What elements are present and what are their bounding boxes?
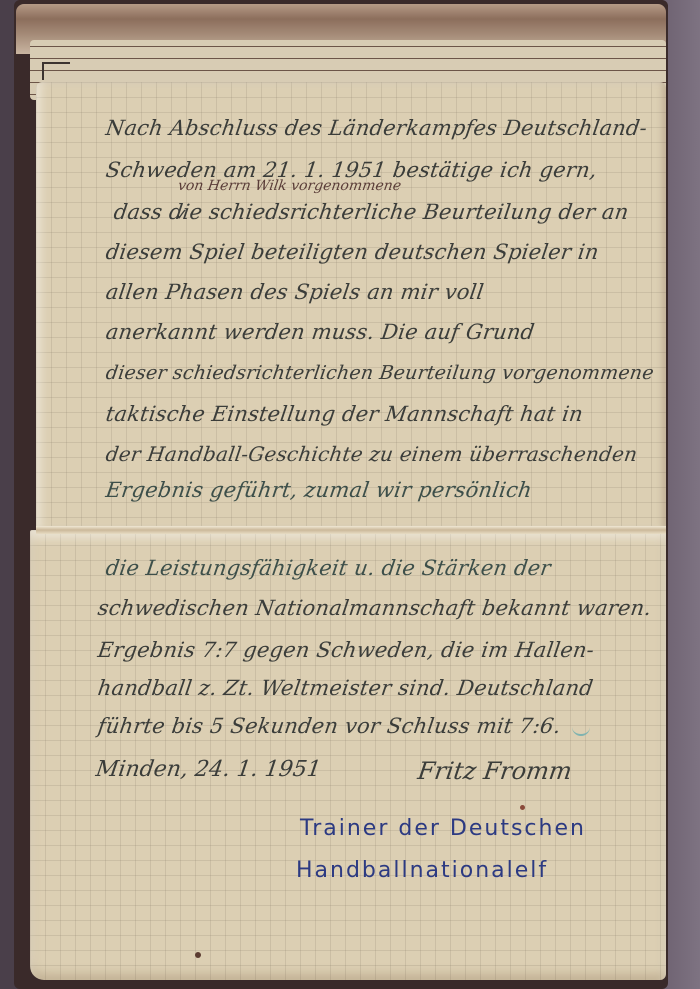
text-line: dass die schiedsrichterliche Beurteilung… (112, 200, 630, 224)
place-and-date: Minden, 24. 1. 1951 (94, 757, 322, 782)
text-line: führte bis 5 Sekunden vor Schluss mit 7:… (96, 714, 562, 738)
text-line: dieser schiedsrichterlichen Beurteilung … (104, 362, 655, 384)
folded-corner-mark (42, 62, 70, 80)
text-line: handball z. Zt. Weltmeister sind. Deutsc… (96, 676, 594, 700)
text-line: schwedischen Nationalmannschaft bekannt … (96, 596, 653, 620)
ink-stain (195, 952, 201, 958)
ink-stain (520, 805, 525, 810)
signature: Fritz Fromm (416, 757, 574, 785)
text-line: Ergebnis 7:7 gegen Schweden, die im Hall… (96, 638, 595, 662)
blue-ink-title-line-2: Handballnationalelf (296, 858, 548, 883)
page-fold-crease (36, 526, 666, 534)
text-line: allen Phasen des Spiels an mir voll (104, 280, 485, 304)
text-line: die Leistungsfähigkeit u. die Stärken de… (104, 556, 552, 580)
text-line: Ergebnis geführt, zumal wir persönlich (104, 478, 533, 502)
insertion-note: von Herrn Wilk vorgenommene (177, 178, 402, 194)
blue-ink-title-line-1: Trainer der Deutschen (300, 816, 586, 841)
text-line: diesem Spiel beteiligten deutschen Spiel… (104, 240, 600, 264)
text-line: taktische Einstellung der Mannschaft hat… (104, 402, 584, 426)
text-line: der Handball-Geschichte zu einem überras… (104, 442, 639, 466)
text-line: Nach Abschluss des Länderkampfes Deutsch… (104, 116, 648, 140)
text-line: anerkannt werden muss. Die auf Grund (104, 320, 536, 344)
